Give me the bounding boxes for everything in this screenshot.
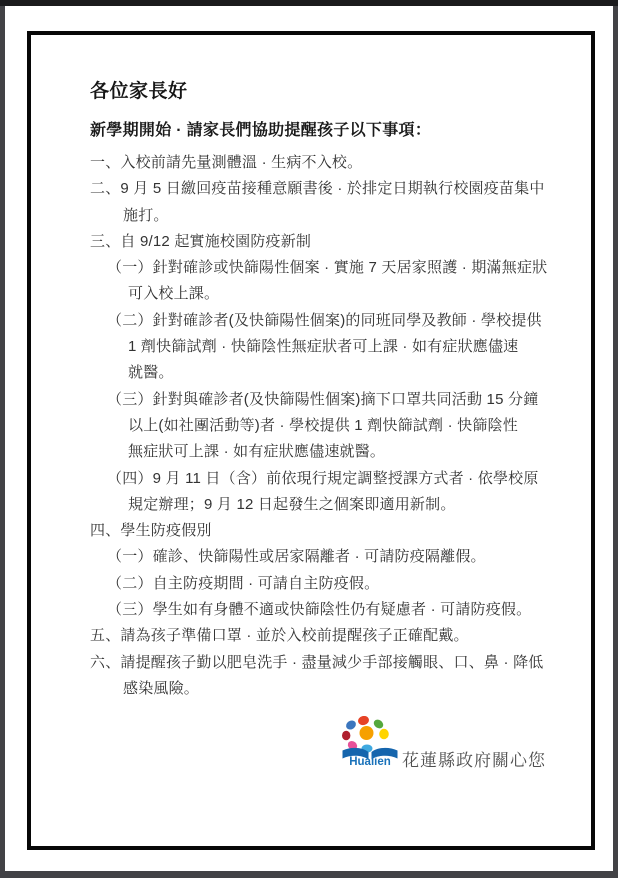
document-line: 二、9 月 5 日繳回疫苗接種意願書後 · 於排定日期執行校園疫苗集中 [90, 176, 560, 202]
petal-red [357, 716, 370, 726]
document-line: （二）自主防疫期間 · 可請自主防疫假。 [107, 571, 560, 597]
petal-blue [344, 719, 357, 732]
hualien-flower-book-icon [342, 716, 398, 760]
document-line: （二）針對確診者(及快篩陽性個案)的同班同學及教師 · 學校提供 [107, 308, 560, 334]
document-line: （四）9 月 11 日（含）前依現行規定調整授課方式者 · 依學校原 [107, 466, 560, 492]
greeting-heading: 各位家長好 [90, 79, 188, 105]
hualien-logo-wordmark: Hualien [342, 756, 398, 769]
document-line: 六、請提醒孩子勤以肥皂洗手 · 盡量減少手部接觸眼、口、鼻 · 降低 [90, 650, 560, 676]
document-page: 各位家長好 新學期開始 · 請家長們協助提醒孩子以下事項： 一、入校前請先量測體… [5, 6, 613, 871]
document-line: 就醫。 [128, 360, 560, 386]
document-line: （一）針對確診或快篩陽性個案 · 實施 7 天居家照護 · 期滿無症狀 [107, 255, 560, 281]
petal-yellow [379, 729, 389, 739]
document-line: （一）確診、快篩陽性或居家隔離者 · 可請防疫隔離假。 [107, 544, 560, 570]
document-line: 無症狀可上課 · 如有症狀應儘速就醫。 [128, 439, 560, 465]
petal-green [372, 718, 385, 730]
document-line: 施打。 [123, 203, 560, 229]
viewer-top-edge [0, 0, 618, 6]
document-line: 五、請為孩子準備口罩 · 並於入校前提醒孩子正確配戴。 [90, 623, 560, 649]
flower-center [360, 726, 374, 740]
document-line: 四、學生防疫假別 [90, 518, 560, 544]
hualien-logo: Hualien [342, 716, 398, 772]
document-line: 1 劑快篩試劑 · 快篩陰性無症狀者可上課 · 如有症狀應儘速 [128, 334, 560, 360]
document-line: 以上(如社團活動等)者 · 學校提供 1 劑快篩試劑 · 快篩陰性 [128, 413, 560, 439]
intro-line: 新學期開始 · 請家長們協助提醒孩子以下事項： [90, 119, 431, 143]
document-body: 一、入校前請先量測體溫 · 生病不入校。二、9 月 5 日繳回疫苗接種意願書後 … [90, 150, 560, 702]
document-line: 一、入校前請先量測體溫 · 生病不入校。 [90, 150, 560, 176]
petal-maroon [342, 731, 350, 741]
document-line: （三）學生如有身體不適或快篩陰性仍有疑慮者 · 可請防疫假。 [107, 597, 560, 623]
document-line: 可入校上課。 [128, 281, 560, 307]
document-line: （三）針對與確診者(及快篩陽性個案)摘下口罩共同活動 15 分鐘 [107, 387, 560, 413]
footer-caption: 花蓮縣政府關心您 [402, 750, 546, 772]
document-line: 三、自 9/12 起實施校園防疫新制 [90, 229, 560, 255]
document-line: 感染風險。 [123, 676, 560, 702]
document-line: 規定辦理；9 月 12 日起發生之個案即適用新制。 [128, 492, 560, 518]
